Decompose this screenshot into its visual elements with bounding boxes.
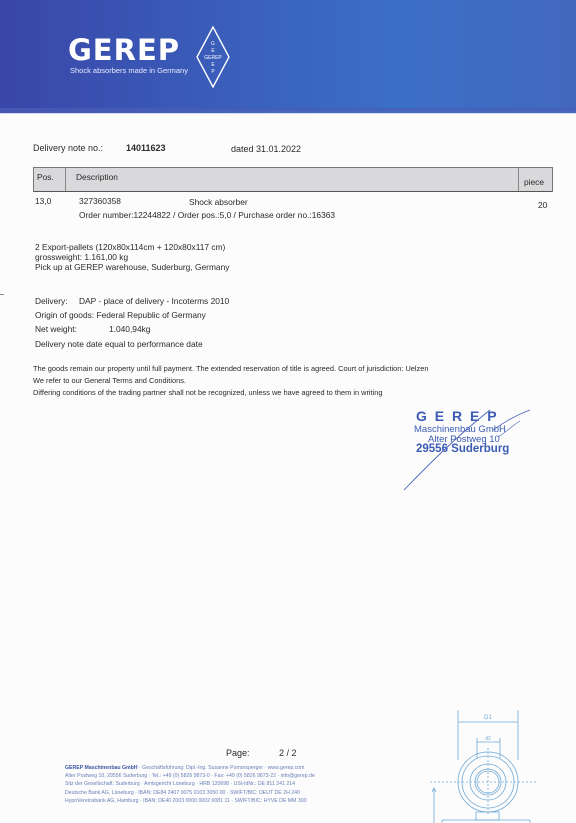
delivery-note-date: dated 31.01.2022	[231, 144, 301, 154]
page-number: 2 / 2	[279, 748, 297, 758]
svg-text:P: P	[211, 69, 215, 75]
legal-general-terms: We refer to our General Terms and Condit…	[33, 376, 186, 385]
row-article-number: 327360358	[79, 196, 121, 206]
net-weight-label: Net weight:	[35, 324, 77, 334]
column-description: Description	[76, 172, 118, 182]
gerep-diamond-logo-icon: G E GEREP E P	[196, 26, 230, 88]
fold-mark	[0, 294, 4, 295]
row-quantity: 20	[538, 200, 547, 210]
net-weight-value: 1.040,94kg	[109, 324, 150, 334]
origin-of-goods: Origin of goods: Federal Republic of Ger…	[35, 310, 206, 320]
delivery-note-label: Delivery note no.:	[33, 143, 103, 153]
items-table-header: Pos. Description piece	[33, 167, 553, 192]
legal-reservation: The goods remain our property until full…	[33, 364, 428, 373]
footer-line-bank-1: Deutsche Bank AG, Lüneburg · IBAN: DE84 …	[65, 789, 315, 797]
column-pos: Pos.	[37, 172, 54, 182]
delivery-label: Delivery:	[35, 296, 68, 306]
row-pos: 13,0	[35, 196, 51, 206]
packing-pallets: 2 Export-pallets (120x80x114cm + 120x80x…	[35, 242, 225, 252]
footer-line-address: Alter Postweg 10, 29556 Suderburg · Tel.…	[65, 772, 315, 780]
svg-text:E: E	[211, 48, 215, 54]
shock-absorber-drawing-icon: D1 d2	[430, 700, 576, 823]
brand-tagline: Shock absorbers made in Germany	[70, 66, 188, 75]
footer-line-bank-2: HypoVereinsbank AG, Hamburg · IBAN: DE40…	[65, 797, 315, 805]
svg-text:D1: D1	[484, 715, 492, 721]
company-footer: GEREP Maschinenbau GmbH · Geschäftsführu…	[65, 764, 315, 805]
performance-date-note: Delivery note date equal to performance …	[35, 339, 203, 349]
brand-logo: GEREP	[68, 33, 180, 67]
svg-text:G: G	[211, 41, 215, 47]
page-label: Page:	[226, 748, 250, 758]
column-piece: piece	[524, 177, 544, 187]
footer-company: GEREP Maschinenbau GmbH	[65, 765, 138, 771]
legal-differing-conditions: Differing conditions of the trading part…	[33, 388, 382, 397]
packing-grossweight: grossweight: 1.161,00 kg	[35, 252, 128, 262]
delivery-note-number: 14011623	[126, 143, 166, 153]
packing-pickup: Pick up at GEREP warehouse, Suderburg, G…	[35, 262, 229, 272]
signature-icon	[398, 405, 538, 495]
svg-text:d2: d2	[485, 736, 491, 742]
row-item-name: Shock absorber	[189, 197, 248, 207]
svg-text:E: E	[211, 62, 215, 68]
footer-line-registration: Sitz der Gesellschaft: Suderburg · Amtsg…	[65, 780, 315, 788]
delivery-terms: DAP - place of delivery - Incoterms 2010	[79, 296, 229, 306]
row-order-reference: Order number:12244822 / Order pos.:5,0 /…	[79, 210, 335, 220]
footer-line-management: · Geschäftsführung: Dipl.-Ing. Susanne P…	[138, 765, 305, 771]
banner-edge	[0, 108, 576, 114]
svg-text:GEREP: GEREP	[204, 55, 222, 61]
